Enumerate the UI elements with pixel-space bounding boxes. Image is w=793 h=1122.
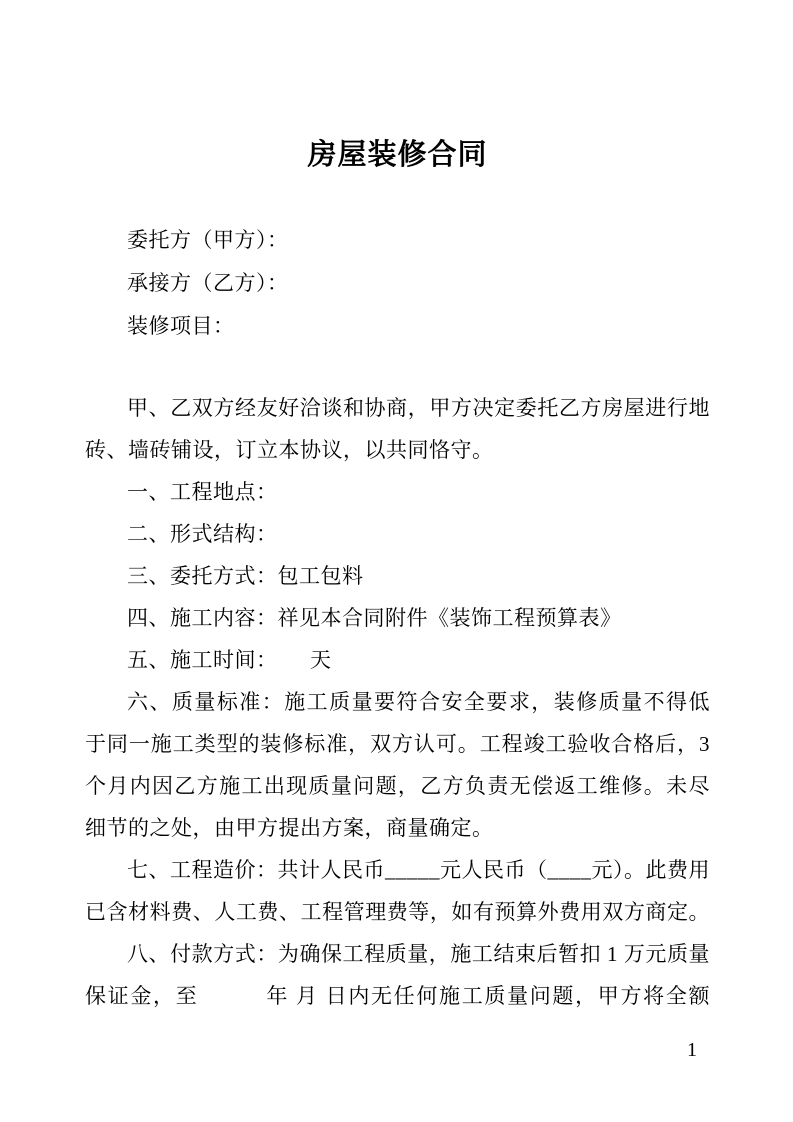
clause-6-quality-line-2: 于同一施工类型的装修标准，双方认可。工程竣工验收合格后，3 [85,723,710,765]
party-a-line: 委托方（甲方）： [85,219,710,262]
intro-line-1: 甲、乙双方经友好洽谈和协商，甲方决定委托乙方房屋进行地 [85,387,710,429]
clause-7-price-line-1: 七、工程造价：共计人民币_____元人民币（____元）。此费用 [85,849,710,891]
contract-body: 甲、乙双方经友好洽谈和协商，甲方决定委托乙方房屋进行地 砖、墙砖铺设，订立本协议… [85,387,710,1017]
clause-6-quality-line-1: 六、质量标准：施工质量要符合安全要求，装修质量不得低 [85,681,710,723]
clause-4-content: 四、施工内容：祥见本合同附件《装饰工程预算表》 [85,597,710,639]
document-page: 房屋装修合同 委托方（甲方）： 承接方（乙方）： 装修项目： 甲、乙双方经友好洽… [0,0,793,1122]
page-number: 1 [687,1038,697,1062]
party-b-line: 承接方（乙方）： [85,262,710,305]
document-content: 房屋装修合同 委托方（甲方）： 承接方（乙方）： 装修项目： 甲、乙双方经友好洽… [85,0,710,1017]
clause-1-location: 一、工程地点： [85,471,710,513]
project-line: 装修项目： [85,305,710,348]
clause-3-method: 三、委托方式：包工包料 [85,555,710,597]
intro-line-2: 砖、墙砖铺设，订立本协议，以共同恪守。 [85,429,710,471]
clause-8-payment-line-1: 八、付款方式：为确保工程质量，施工结束后暂扣 1 万元质量 [85,933,710,975]
document-title: 房屋装修合同 [85,133,710,177]
clause-2-structure: 二、形式结构： [85,513,710,555]
clause-7-price-line-2: 已含材料费、人工费、工程管理费等，如有预算外费用双方商定。 [85,891,710,933]
clause-6-quality-line-4: 细节的之处，由甲方提出方案，商量确定。 [85,807,710,849]
party-section: 委托方（甲方）： 承接方（乙方）： 装修项目： [85,219,710,348]
clause-6-quality-line-3: 个月内因乙方施工出现质量问题，乙方负责无偿返工维修。未尽 [85,765,710,807]
clause-5-duration: 五、施工时间： 天 [85,639,710,681]
clause-8-payment-line-2: 保证金，至 年 月 日内无任何施工质量问题，甲方将全额 [85,975,710,1017]
